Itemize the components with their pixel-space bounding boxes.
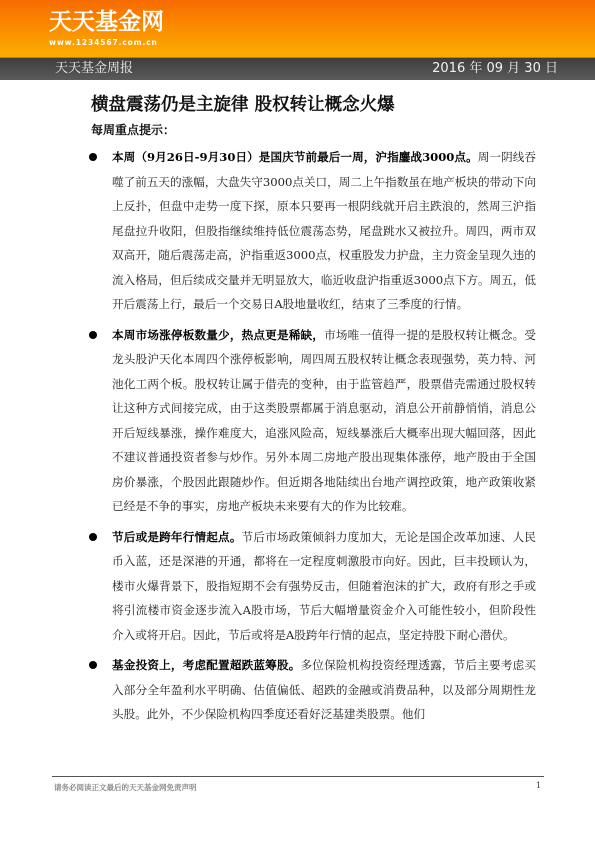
- bullet-icon: [89, 153, 97, 161]
- site-url: www.1234567.com.cn: [49, 38, 158, 47]
- publication-name: 天天基金周报: [55, 60, 133, 78]
- site-banner: 天天基金网 www.1234567.com.cn: [0, 0, 595, 57]
- publication-date: 2016 年 09 月 30 日: [432, 60, 558, 78]
- list-item-text: 本周（9月26日-9月30日）是国庆节前最后一周，沪指鏖战3000点。周一阴线吞…: [112, 145, 536, 317]
- item-body: 节后市场政策倾斜力度加大，无论是国企改革加速、人民币入蓝，还是深港的开通，都将在…: [112, 530, 536, 642]
- site-logo: 天天基金网: [49, 9, 164, 35]
- highlight-list: 本周（9月26日-9月30日）是国庆节前最后一周，沪指鏖战3000点。周一阴线吞…: [0, 145, 595, 733]
- list-item: 本周市场涨停板数量少，热点更是稀缺，市场唯一值得一提的是股权转让概念。受龙头股沪…: [0, 323, 595, 519]
- item-lead: 基金投资上，考虑配置超跌蓝筹股。: [112, 658, 301, 672]
- list-item-text: 节后或是跨年行情起点。节后市场政策倾斜力度加大，无论是国企改革加速、人民币入蓝，…: [112, 525, 536, 648]
- weekly-highlights-heading: 每周重点提示：: [91, 121, 175, 139]
- list-item: 基金投资上，考虑配置超跌蓝筹股。多位保险机构投资经理透露，节后主要考虑买入部分全…: [0, 653, 595, 727]
- item-body: 周一阴线吞噬了前五天的涨幅，大盘失守3000点关口，周二上午指数虽在地产板块的带…: [112, 150, 536, 311]
- publication-bar: 天天基金周报 2016 年 09 月 30 日: [0, 57, 595, 80]
- item-lead: 本周市场涨停板数量少，热点更是稀缺，: [112, 328, 324, 342]
- footer-divider: [52, 776, 544, 777]
- item-body: 市场唯一值得一提的是股权转让概念。受龙头股沪天化本周四个涨停板影响，周四周五股权…: [112, 328, 536, 514]
- list-item-text: 基金投资上，考虑配置超跌蓝筹股。多位保险机构投资经理透露，节后主要考虑买入部分全…: [112, 653, 536, 727]
- article-title: 横盘震荡仍是主旋律 股权转让概念火爆: [91, 93, 395, 117]
- list-item-text: 本周市场涨停板数量少，热点更是稀缺，市场唯一值得一提的是股权转让概念。受龙头股沪…: [112, 323, 536, 519]
- bullet-icon: [89, 533, 97, 541]
- item-lead: 节后或是跨年行情起点。: [112, 530, 242, 544]
- bullet-icon: [89, 331, 97, 339]
- item-lead: 本周（9月26日-9月30日）是国庆节前最后一周，沪指鏖战3000点。: [112, 150, 478, 164]
- bullet-icon: [89, 661, 97, 669]
- list-item: 节后或是跨年行情起点。节后市场政策倾斜力度加大，无论是国企改革加速、人民币入蓝，…: [0, 525, 595, 648]
- page-number: 1: [536, 781, 541, 790]
- list-item: 本周（9月26日-9月30日）是国庆节前最后一周，沪指鏖战3000点。周一阴线吞…: [0, 145, 595, 317]
- disclaimer-note: 请务必阅读正文最后的天天基金网免责声明: [54, 782, 197, 793]
